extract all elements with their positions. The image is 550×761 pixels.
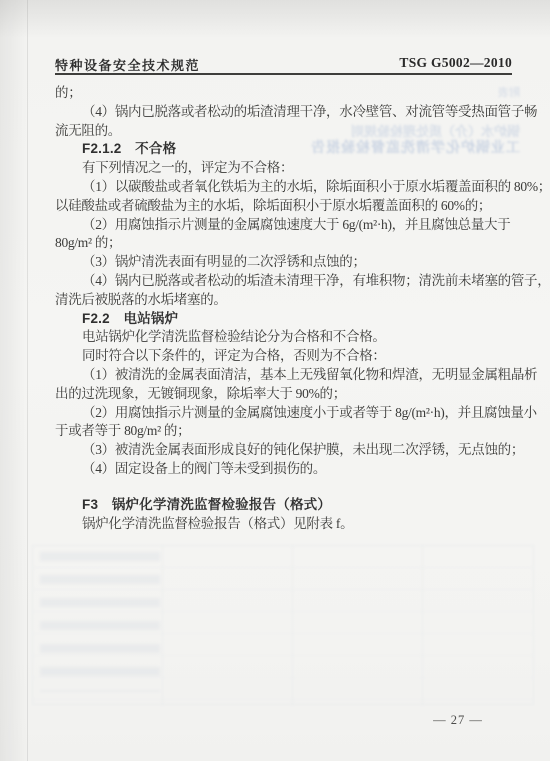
clause-heading-f212: F2.1.2 不合格	[55, 140, 515, 159]
page-number: — 27 —	[430, 713, 486, 728]
body-line: 锅炉化学清洗监督检验报告（格式）见附表 f。	[55, 515, 515, 534]
header-standard-code: TSG G5002—2010	[399, 55, 512, 71]
body-line: 的；	[55, 84, 515, 103]
scan-top-shade	[0, 0, 550, 38]
header-rule-line	[55, 73, 512, 75]
body-line: （4）锅内已脱落或者松动的垢渣清理干净，水冷壁管、对流管等受热面管子畅	[55, 103, 515, 122]
scan-left-crease	[0, 0, 28, 761]
clause-heading-f3: F3 锅炉化学清洗监督检验报告（格式）	[55, 496, 515, 515]
body-line: （4）锅内已脱落或者松动的垢渣未清理干净，有堆积物；清洗前未堵塞的管子，	[55, 272, 515, 291]
body-line: （1）以碳酸盐或者氧化铁垢为主的水垢，除垢面积小于原水垢覆盖面积的 80%；	[55, 178, 515, 197]
body-line: 清洗后被脱落的水垢堵塞的。	[55, 291, 515, 310]
body-line: 出的过洗现象，无镀铜现象，除垢率大于 90%的；	[55, 385, 515, 404]
bleedthrough-table	[32, 545, 534, 705]
body-line: （3）被清洗金属表面形成良好的钝化保护膜，未出现二次浮锈，无点蚀的；	[55, 441, 515, 460]
clause-heading-f22: F2.2 电站锅炉	[55, 310, 515, 329]
body-line: （1）被清洗的金属表面清洁，基本上无残留氧化物和焊渣，无明显金属粗晶析	[55, 366, 515, 385]
scanned-document-page: 附表 锅炉水（介）质处理检验规则 工业锅炉化学清洗监督检验报告 特种设备安全技术…	[0, 0, 550, 761]
body-line: 同时符合以下条件的，评定为合格，否则为不合格：	[55, 347, 515, 366]
body-line: 以硅酸盐或者硫酸盐为主的水垢，除垢面积小于原水垢覆盖面积的 60%的；	[55, 197, 515, 216]
document-body: 的； （4）锅内已脱落或者松动的垢渣清理干净，水冷壁管、对流管等受热面管子畅 流…	[55, 84, 515, 533]
body-line: （2）用腐蚀指示片测量的金属腐蚀速度小于或者等于 8g/(m²·h)，并且腐蚀量…	[55, 404, 515, 423]
body-line: （4）固定设备上的阀门等未受到损伤的。	[55, 460, 515, 479]
body-line: 于或者等于 80g/m² 的；	[55, 422, 515, 441]
body-line: 电站锅炉化学清洗监督检验结论分为合格和不合格。	[55, 328, 515, 347]
body-line: （2）用腐蚀指示片测量的金属腐蚀速度大于 6g/(m²·h)，并且腐蚀总量大于	[55, 216, 515, 235]
body-line: 流无阻的。	[55, 122, 515, 141]
body-line: 80g/m² 的；	[55, 234, 515, 253]
body-line: 有下列情况之一的，评定为不合格：	[55, 159, 515, 178]
header-document-title: 特种设备安全技术规范	[55, 55, 200, 74]
body-line: （3）锅炉清洗表面有明显的二次浮锈和点蚀的；	[55, 253, 515, 272]
bleedthrough-table-text-smudge	[40, 552, 160, 692]
